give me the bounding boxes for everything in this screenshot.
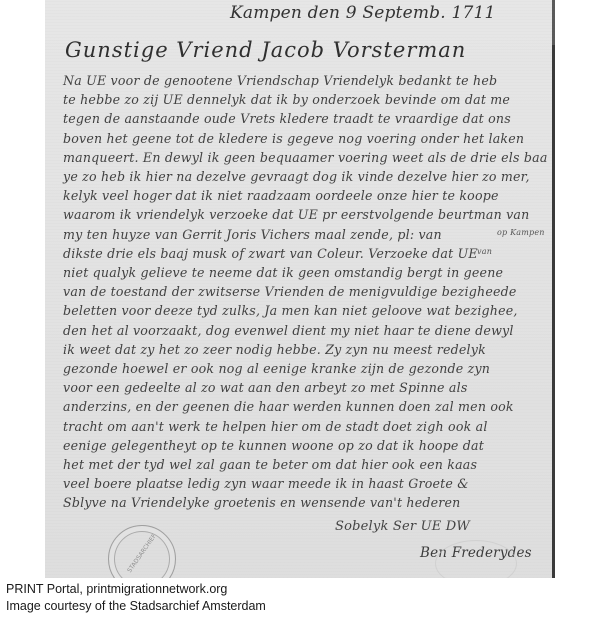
letter-line: boven het geene tot de kledere is gegeve… [63,131,524,146]
letter-line: Na UE voor de genootene Vriendschap Vrie… [63,73,497,88]
stamp-text: STADSARCHIEF [120,524,164,578]
letter-line: dikste drie els baaj musk of zwart van C… [63,246,478,261]
letter-salutation: Gunstige Vriend Jacob Vorsterman [65,38,466,62]
interlinear-note: van [477,247,492,256]
letter-line: te hebbe zo zij UE dennelyk dat ik by on… [63,92,510,107]
letter-line: Sblyve na Vriendelyke groetenis en wense… [63,495,461,510]
letter-line: anderzins, en der geenen die haar werden… [63,399,514,414]
letter-line: manqueert. En dewyl ik geen bequaamer vo… [63,150,548,165]
letter-line: tegen de aanstaande oude Vrets kledere t… [63,111,511,126]
letter-line: ik weet dat zy het zo zeer nodig hebbe. … [63,342,486,357]
letter-closing: Sobelyk Ser UE DW [335,519,470,534]
caption-source: PRINT Portal, printmigrationnetwork.org [6,582,227,596]
letter-dateline: Kampen den 9 Septemb. 1711 [230,3,496,23]
letter-line: niet qualyk gelieve te neeme dat ik geen… [63,265,503,280]
letter-line: beletten voor deeze tyd zulks, Ja men ka… [63,303,518,318]
letter-line: het met der tyd wel zal gaan te beter om… [63,457,477,472]
interlinear-note: op Kampen [497,228,545,237]
letter-line: den het al voorzaakt, dog evenwel dient … [63,323,514,338]
letter-line: voor een gedeelte al zo wat aan den arbe… [63,380,468,395]
letter-line: eenige gelegentheyt op te kunnen woone o… [63,438,484,453]
letter-line: ye zo heb ik hier na dezelve gevraagt do… [63,169,530,184]
letter-line: tracht om aan't werk te helpen hier om d… [63,419,488,434]
letter-line: my ten huyze van Gerrit Joris Vichers ma… [63,227,442,242]
caption-courtesy: Image courtesy of the Stadsarchief Amste… [6,599,266,613]
letter-line: waarom ik vriendelyk verzoeke dat UE pr … [63,207,529,222]
letter-line: gezonde hoewel er ook nog al eenige kran… [63,361,490,376]
letter-line: veel boere plaatse ledig zyn waar meede … [63,476,469,491]
scan-edge-shadow [552,45,555,578]
letter-line: kelyk veel hoger dat ik niet raadzaam oo… [63,188,499,203]
letter-scan: Kampen den 9 Septemb. 1711 Gunstige Vrie… [45,0,555,578]
letter-line: van de toestand der zwitserse Vrienden d… [63,284,517,299]
archive-stamp: STADSARCHIEF [108,525,176,578]
